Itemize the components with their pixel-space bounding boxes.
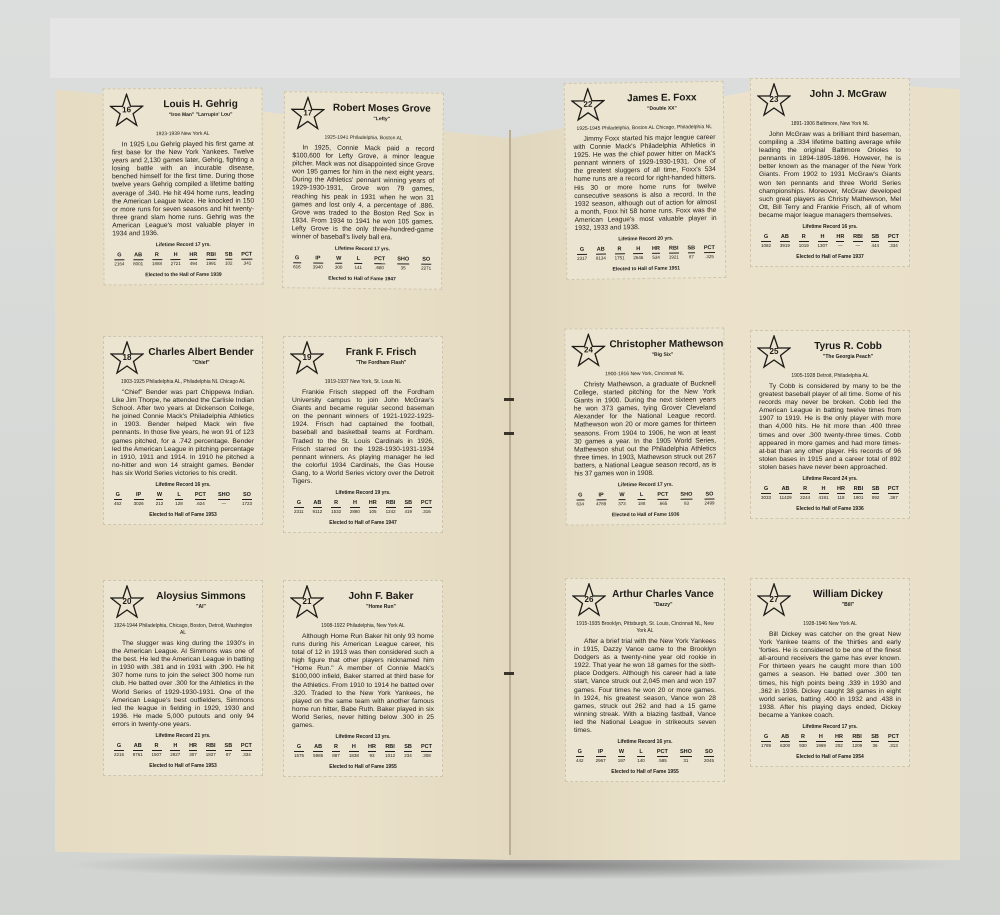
stat-rbi: RBI1901 (853, 486, 863, 500)
player-biography: "Chief" Bender was part Chippewa Indian.… (112, 389, 254, 478)
stat-ab: AB8761 (133, 743, 143, 757)
stat-label: R (152, 743, 162, 751)
stat-value: 11429 (779, 494, 791, 500)
player-nickname: "Al" (148, 604, 254, 610)
stat-w: W212 (156, 492, 164, 506)
stat-label: RBI (386, 500, 396, 508)
stat-value: 1242 (386, 508, 396, 514)
stat-pct: PCT.316 (421, 500, 432, 514)
stat-g: G634 (576, 493, 584, 507)
stat-so: SO2271 (421, 257, 431, 271)
stat-sb: SB892 (872, 486, 880, 500)
stat-hr: HR93 (368, 744, 376, 758)
stat-value: 2244 (800, 494, 810, 500)
player-name: James E. Foxx (609, 92, 715, 104)
stat-ab: AB8134 (596, 247, 606, 261)
stat-value: 3033 (761, 494, 771, 500)
stat-label: PCT (421, 500, 432, 508)
stat-label: PCT (657, 749, 668, 757)
card-header: 22 James E. Foxx "Double XX" (573, 88, 716, 130)
stat-ab: AB11429 (779, 486, 791, 500)
stat-label: RBI (206, 743, 216, 751)
player-biography: Frankie Frisch stepped off the Fordham U… (292, 389, 434, 486)
player-biography: In 1925, Connie Mack paid a record $100,… (291, 144, 434, 243)
stat-label: SHO (680, 749, 692, 757)
stat-ab: AB6300 (780, 734, 790, 748)
stat-label: L (175, 492, 183, 500)
stat-h: H1307 (818, 234, 828, 248)
card-number: 24 (571, 345, 605, 354)
stat-value: 419 (404, 508, 412, 514)
stat-pct: PCT.665 (657, 492, 668, 506)
player-card-19: 19 Frank F. Frisch "The Fordham Flash" 1… (283, 336, 443, 533)
stat-value: 4191 (819, 494, 829, 500)
stat-value: 452 (114, 500, 122, 506)
stat-sho: SHO83 (680, 492, 692, 506)
stat-value: .308 (421, 752, 432, 758)
stat-label: W (156, 492, 164, 500)
stat-label: G (114, 492, 122, 500)
stat-value: 87 (225, 751, 233, 757)
star-icon: 17 (291, 96, 325, 130)
stat-label: AB (133, 743, 143, 751)
stat-label: W (335, 256, 343, 264)
player-nickname: "Iron Man" "Larrupin' Lou" (148, 112, 254, 119)
card-number: 16 (110, 105, 144, 114)
hall-of-fame-election: Elected to Hall of Fame 1953 (112, 763, 254, 769)
player-nickname: "Chief" (148, 360, 254, 366)
star-icon: 18 (110, 341, 144, 375)
player-card-22: 22 James E. Foxx "Double XX" 1925-1945 P… (564, 81, 727, 280)
stat-label: G (576, 493, 584, 501)
stat-r: R887 (332, 744, 340, 758)
stat-label: G (293, 255, 301, 263)
stat-sb: SB234 (404, 744, 412, 758)
stat-value: 2045 (704, 757, 714, 763)
stat-sb: SB102 (225, 252, 233, 266)
stat-value: 141 (354, 264, 362, 270)
stat-label: IP (313, 256, 323, 264)
stat-value: 300 (335, 264, 343, 270)
stat-so: SO2045 (704, 749, 714, 763)
stat-ip: IP2967 (596, 749, 606, 763)
stat-value: 534 (652, 254, 660, 260)
lifetime-record: Lifetime Record 21 yrs. (112, 733, 254, 739)
card-header: 26 Arthur Charles Vance "Dazzy" (574, 585, 716, 625)
star-icon: 22 (571, 88, 605, 122)
stat-label: PCT (195, 492, 206, 500)
stat-value: — (218, 500, 230, 506)
stat-hr: HR— (836, 234, 844, 248)
stat-r: R1532 (331, 500, 341, 514)
stat-h: H2880 (350, 500, 360, 514)
stat-hr: HR105 (369, 500, 377, 514)
stat-label: IP (134, 492, 144, 500)
stat-label: RBI (385, 744, 395, 752)
stat-label: R (332, 744, 340, 752)
player-nickname: "The Georgia Peach" (795, 354, 901, 360)
stat-value: 1532 (331, 508, 341, 514)
stat-l: L140 (637, 749, 645, 763)
hall-of-fame-election: Elected to Hall of Fame 1947 (292, 520, 434, 526)
stat-value: 188 (638, 500, 646, 506)
booklet-spine (509, 130, 511, 855)
stat-value: 634 (577, 501, 585, 507)
stat-h: H2721 (171, 252, 181, 266)
stat-g: G452 (114, 492, 122, 506)
stat-value: 1838 (349, 752, 359, 758)
stat-label: SB (225, 743, 233, 751)
card-header: 19 Frank F. Frisch "The Fordham Flash" (292, 343, 434, 383)
card-number: 21 (290, 597, 324, 606)
stat-label: L (637, 749, 645, 757)
stat-value: 494 (189, 260, 197, 266)
stat-value: 6300 (780, 742, 790, 748)
hall-of-fame-election: Elected to Hall of Fame 1951 (575, 265, 717, 273)
stat-ab: AB5985 (313, 744, 323, 758)
stat-label: AB (313, 500, 323, 508)
stat-value: — (836, 242, 844, 248)
stat-label: SB (871, 734, 879, 742)
stats-table: G442IP2967W197L140PCT.585SHO31SO2045 (574, 749, 716, 763)
stat-rbi: RBI1991 (206, 252, 216, 266)
star-icon: 25 (757, 335, 791, 369)
player-card-26: 26 Arthur Charles Vance "Dazzy" 1915-193… (565, 578, 725, 782)
card-header: 16 Louis H. Gehrig "Iron Man" "Larrupin'… (112, 95, 254, 136)
stat-value: .316 (421, 508, 432, 514)
card-number: 19 (290, 353, 324, 362)
stat-value: 202 (835, 742, 843, 748)
stat-value: 1019 (799, 242, 809, 248)
hall-of-fame-election: Elected to Hall of Fame 1953 (112, 512, 254, 518)
stat-value: 102 (225, 260, 233, 266)
stat-l: L188 (638, 492, 646, 506)
star-icon: 20 (110, 585, 144, 619)
stat-label: RBI (852, 734, 862, 742)
stat-value: 87 (688, 253, 696, 259)
stat-hr: HR494 (189, 252, 197, 266)
stat-value: 1209 (852, 742, 862, 748)
stat-value: 83 (680, 500, 692, 506)
stat-label: G (576, 749, 584, 757)
stat-label: RBI (669, 246, 679, 254)
stat-label: SO (704, 492, 714, 500)
player-biography: Christy Mathewson, a graduate of Bucknel… (574, 381, 717, 479)
stat-sho: SHO31 (680, 749, 692, 763)
card-number: 25 (757, 347, 791, 356)
stat-value: 3940 (313, 264, 323, 270)
player-card-23: 23 John J. McGraw 1891-1906 Baltimore, N… (750, 78, 910, 267)
stat-label: H (350, 500, 360, 508)
player-biography: After a brief trial with the New York Ya… (574, 638, 716, 735)
stat-value: 2215 (114, 751, 124, 757)
stat-label: H (170, 743, 180, 751)
binding-staple (504, 398, 514, 401)
stat-label: H (818, 234, 828, 242)
stat-g: G2215 (114, 743, 124, 757)
stat-pct: PCT.680 (374, 256, 385, 270)
stat-label: R (331, 500, 341, 508)
stat-sho: SHO— (218, 492, 230, 506)
card-header: 24 Christopher Mathewson "Big Six" (573, 335, 715, 376)
stat-label: RBI (206, 252, 216, 260)
stats-table: G1082AB3919R1019H1307HR—RBI—SB444PCT.334 (759, 234, 901, 248)
stat-label: AB (780, 234, 790, 242)
stat-value: 444 (871, 242, 879, 248)
stat-h: H1838 (349, 744, 359, 758)
stat-label: G (761, 486, 771, 494)
stat-label: R (799, 734, 807, 742)
hall-of-fame-election: Elected to Hall of Fame 1955 (292, 764, 434, 770)
stat-value: — (853, 242, 862, 248)
player-biography: Bill Dickey was catcher on the great New… (759, 631, 901, 720)
stat-label: HR (368, 744, 376, 752)
player-biography: John McGraw was a brilliant third basema… (759, 131, 901, 220)
player-name: Aloysius Simmons (148, 591, 254, 602)
card-header: 21 John F. Baker "Home Run" (292, 587, 434, 627)
player-nickname: "Lefty" (329, 116, 435, 123)
stat-value: 36 (871, 742, 879, 748)
stat-value: 2721 (171, 260, 181, 266)
stat-label: L (355, 256, 363, 264)
stat-value: 1575 (294, 752, 304, 758)
lifetime-record: Lifetime Record 19 yrs. (292, 490, 434, 496)
stat-label: R (614, 246, 624, 254)
stat-value: 5985 (313, 752, 323, 758)
stat-label: SB (687, 245, 695, 253)
stat-value: .313 (888, 742, 899, 748)
stat-label: H (171, 252, 181, 260)
card-number: 18 (110, 353, 144, 362)
stat-value: 2927 (170, 751, 180, 757)
stat-value: 373 (618, 500, 626, 506)
stat-ab: AB8001 (133, 252, 143, 266)
stat-label: PCT (421, 744, 432, 752)
hall-of-fame-election: Elected to the Hall of Fame 1939 (112, 272, 254, 279)
card-number: 17 (291, 108, 325, 117)
stat-value: 616 (293, 263, 301, 269)
stat-value: 1012 (385, 752, 395, 758)
hall-of-fame-election: Elected to Hall of Fame 1954 (759, 754, 901, 760)
stats-table: G1789AB6300R930H1969HR202RBI1209SB36PCT.… (759, 734, 901, 748)
stat-value: 2164 (114, 260, 124, 266)
stat-pct: PCT.334 (888, 234, 899, 248)
stat-label: SB (404, 500, 412, 508)
stat-label: G (294, 500, 304, 508)
star-icon: 16 (110, 93, 144, 127)
stat-value: 2311 (294, 508, 304, 514)
stat-g: G616 (293, 255, 301, 269)
player-card-21: 21 John F. Baker "Home Run" 1908-1922 Ph… (283, 580, 443, 777)
hall-of-fame-election: Elected to Hall of Fame 1936 (759, 506, 901, 512)
card-number: 22 (571, 100, 605, 109)
stat-label: SB (225, 252, 233, 260)
stat-g: G1789 (761, 734, 771, 748)
stat-label: PCT (888, 734, 899, 742)
lifetime-record: Lifetime Record 17 yrs. (112, 242, 254, 249)
stat-label: AB (596, 247, 606, 255)
stat-label: SHO (397, 256, 409, 264)
player-nickname: "The Fordham Flash" (328, 360, 434, 366)
stat-label: HR (189, 252, 197, 260)
player-name: Frank F. Frisch (328, 347, 434, 358)
stat-h: H2646 (633, 246, 643, 260)
stat-value: 93 (368, 752, 376, 758)
stat-value: 9112 (313, 508, 323, 514)
stat-label: HR (652, 246, 660, 254)
stat-ip: IP3026 (134, 492, 144, 506)
stat-g: G2317 (577, 247, 587, 261)
stat-value: .665 (657, 500, 668, 506)
stats-table: G2317AB8134R1751H2646HR534RBI1921SB87PCT… (575, 245, 717, 261)
stat-label: G (294, 744, 304, 752)
stat-value: 8001 (133, 260, 143, 266)
stat-pct: PCT.341 (241, 252, 252, 266)
stat-label: G (114, 743, 124, 751)
card-header: 18 Charles Albert Bender "Chief" (112, 343, 254, 383)
stat-pct: PCT.585 (657, 749, 668, 763)
lifetime-record: Lifetime Record 17 yrs. (759, 724, 901, 730)
stat-rbi: RBI1827 (206, 743, 216, 757)
stat-hr: HR307 (189, 743, 197, 757)
stat-value: 1723 (242, 500, 252, 506)
stat-label: G (577, 247, 587, 255)
stat-sho: SHO35 (397, 256, 409, 270)
stat-w: W197 (618, 749, 626, 763)
stat-value: .341 (241, 260, 252, 266)
card-number: 26 (572, 595, 606, 604)
player-name: Robert Moses Grove (329, 103, 435, 115)
stat-label: AB (780, 734, 790, 742)
stat-label: L (638, 492, 646, 500)
player-name: John J. McGraw (795, 89, 901, 100)
player-card-20: 20 Aloysius Simmons "Al" 1924-1944 Phila… (103, 580, 263, 776)
stat-value: 1991 (206, 260, 216, 266)
stat-value: 118 (837, 494, 845, 500)
stat-pct: PCT.325 (704, 245, 715, 259)
stat-value: 3026 (134, 500, 144, 506)
stat-ip: IP3940 (313, 256, 323, 270)
stat-ab: AB3919 (780, 234, 790, 248)
binding-staple (504, 432, 514, 435)
stat-label: H (819, 486, 829, 494)
star-icon: 21 (290, 585, 324, 619)
stat-h: H4191 (819, 486, 829, 500)
stat-l: L141 (354, 256, 362, 270)
stat-h: H2927 (170, 743, 180, 757)
stat-value: 307 (189, 751, 197, 757)
stat-value: 1307 (818, 242, 828, 248)
stat-g: G2311 (294, 500, 304, 514)
stat-sb: SB444 (871, 234, 879, 248)
stat-label: G (761, 734, 771, 742)
stat-label: W (618, 749, 626, 757)
star-icon: 23 (757, 83, 791, 117)
stat-label: SO (421, 257, 431, 265)
stats-table: G2164AB8001R1888H2721HR494RBI1991SB102PC… (112, 252, 254, 267)
stat-sb: SB87 (687, 245, 695, 259)
stat-label: AB (779, 486, 791, 494)
stat-label: PCT (704, 245, 715, 253)
stat-value: 2646 (633, 254, 643, 260)
stat-value: 2880 (350, 508, 360, 514)
player-nickname: "Double XX" (609, 105, 715, 112)
stat-label: RBI (853, 486, 863, 494)
stat-value: 35 (397, 264, 409, 270)
stat-value: 2499 (704, 500, 714, 506)
stat-hr: HR202 (835, 734, 843, 748)
card-header: 27 William Dickey "Bill" (759, 585, 901, 625)
stat-label: SHO (218, 492, 230, 500)
stat-label: IP (596, 492, 606, 500)
stat-value: .585 (657, 757, 668, 763)
player-nickname: "Dazzy" (610, 602, 716, 608)
stat-hr: HR118 (837, 486, 845, 500)
stat-rbi: RBI1012 (385, 744, 395, 758)
binding-staple (504, 672, 514, 675)
stat-value: 1921 (669, 254, 679, 260)
lifetime-record: Lifetime Record 24 yrs. (759, 476, 901, 482)
stat-value: .367 (888, 494, 899, 500)
hall-of-fame-election: Elected to Hall of Fame 1947 (291, 275, 433, 282)
player-name: Christopher Mathewson (609, 339, 715, 351)
stat-label: PCT (888, 486, 899, 494)
lifetime-record: Lifetime Record 13 yrs. (292, 734, 434, 740)
stat-label: HR (189, 743, 197, 751)
player-biography: Jimmy Foxx started his major league care… (573, 134, 716, 233)
player-card-24: 24 Christopher Mathewson "Big Six" 1900-… (564, 327, 725, 525)
player-name: Louis H. Gehrig (148, 99, 254, 111)
stat-value: 197 (618, 757, 626, 763)
player-name: Tyrus R. Cobb (795, 341, 901, 352)
stat-label: SB (871, 234, 879, 242)
stat-so: SO2499 (704, 492, 714, 506)
stats-table: G3033AB11429R2244H4191HR118RBI1901SB892P… (759, 486, 901, 500)
stat-label: R (152, 252, 162, 260)
stat-ab: AB9112 (313, 500, 323, 514)
lifetime-record: Lifetime Record 16 yrs. (574, 739, 716, 745)
stat-g: G2164 (114, 252, 124, 266)
stat-label: SB (872, 486, 880, 494)
stat-rbi: RBI— (853, 234, 862, 248)
stat-g: G442 (576, 749, 584, 763)
stat-value: 234 (404, 752, 412, 758)
stat-value: 1827 (206, 751, 216, 757)
stat-label: AB (313, 744, 323, 752)
card-header: 20 Aloysius Simmons "Al" (112, 587, 254, 627)
card-header: 25 Tyrus R. Cobb "The Georgia Peach" (759, 337, 901, 377)
stat-label: SO (704, 749, 714, 757)
stat-label: AB (133, 252, 143, 260)
stat-w: W373 (618, 492, 626, 506)
stat-r: R1507 (152, 743, 162, 757)
stat-label: HR (835, 734, 843, 742)
player-card-27: 27 William Dickey "Bill" 1928-1946 New Y… (750, 578, 910, 767)
stat-pct: PCT.367 (888, 486, 899, 500)
player-nickname: "Home Run" (328, 604, 434, 610)
star-icon: 19 (290, 341, 324, 375)
stat-g: G1082 (761, 234, 771, 248)
stats-table: G2311AB9112R1532H2880HR105RBI1242SB419PC… (292, 500, 434, 514)
stat-label: G (761, 234, 771, 242)
stat-value: 887 (332, 752, 340, 758)
stat-r: R1019 (799, 234, 809, 248)
stat-value: 930 (799, 742, 807, 748)
lifetime-record: Lifetime Record 16 yrs. (112, 482, 254, 488)
stat-value: .334 (241, 751, 252, 757)
stat-sb: SB36 (871, 734, 879, 748)
player-nickname: "Bill" (795, 602, 901, 608)
